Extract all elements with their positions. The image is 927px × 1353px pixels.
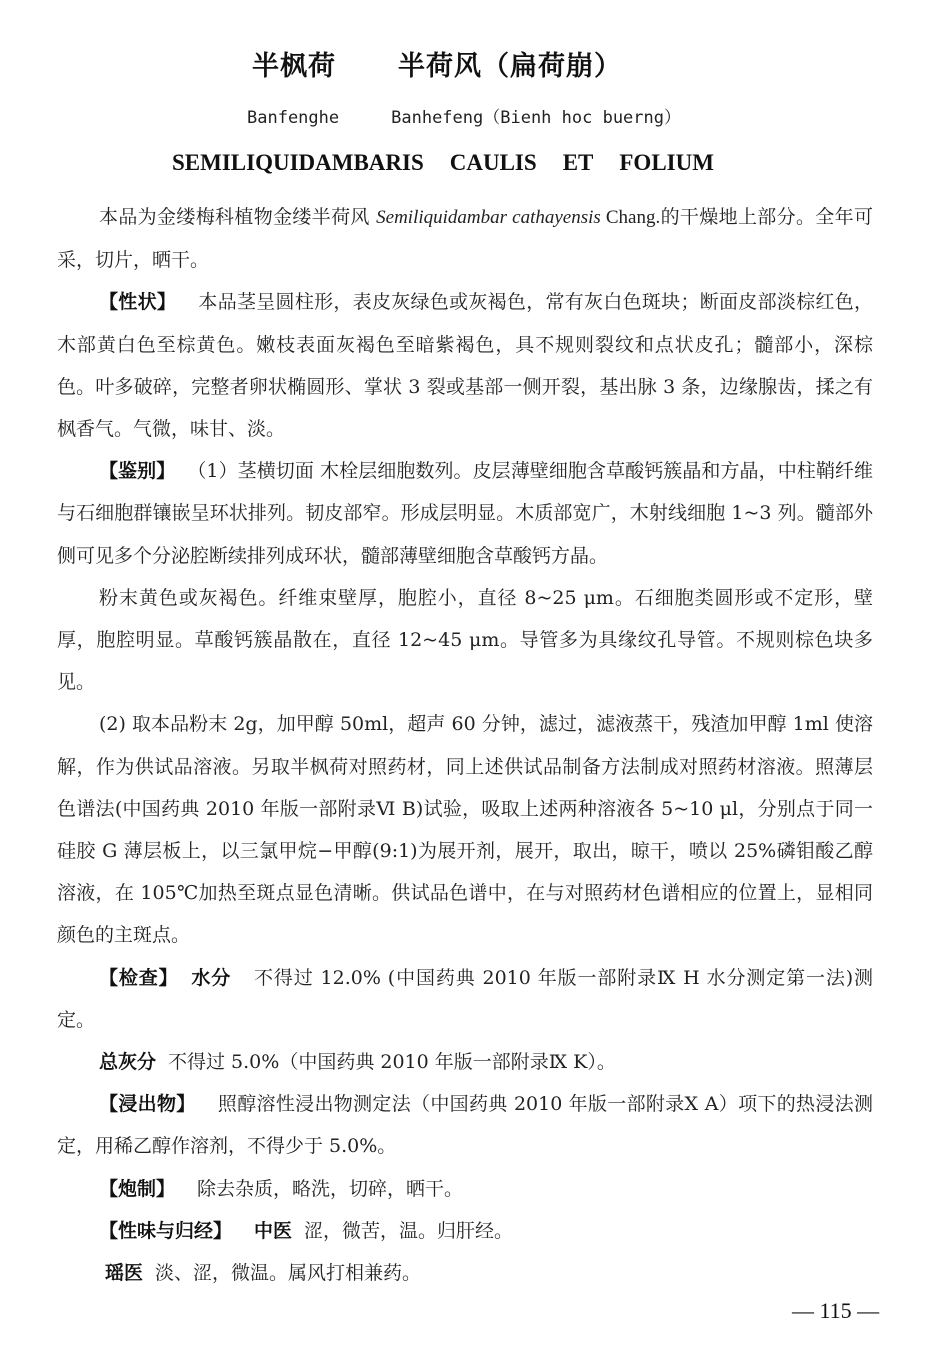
identification-tlc-paragraph: (2) 取本品粉末 2g，加甲醇 50ml，超声 60 分钟，滤过，滤液蒸干，残… bbox=[57, 703, 873, 956]
section-heading-inspection: 【检查】 bbox=[99, 967, 179, 989]
monograph-body: 本品为金缕梅科植物金缕半荷风 Semiliquidambar cathayens… bbox=[57, 196, 873, 1294]
ash-text: 不得过 5.0%（中国药典 2010 年版一部附录Ⅸ K）。 bbox=[168, 1051, 616, 1073]
properties-section: 【性味与归经】中医涩，微苦，温。归肝经。 bbox=[57, 1210, 873, 1252]
yao-label: 瑶医 bbox=[105, 1262, 143, 1284]
monograph-title-latin: SEMILIQUIDAMBARISCAULISETFOLIUM bbox=[172, 150, 714, 176]
tcm-text: 涩，微苦，温。归肝经。 bbox=[304, 1220, 513, 1242]
inspection-section: 【检查】水分不得过 12.0% (中国药典 2010 年版一部附录Ⅸ H 水分测… bbox=[57, 957, 873, 1041]
description-text: 本品茎呈圆柱形，表皮灰绿色或灰褐色，常有灰白色斑块；断面皮部淡棕红色，木部黄白色… bbox=[57, 291, 873, 440]
identification-section: 【鉴别】（1）茎横切面 木栓层细胞数列。皮层薄壁细胞含草酸钙簇晶和方晶，中柱鞘纤… bbox=[57, 450, 873, 577]
yao-medicine-paragraph: 瑶医淡、涩，微温。属风打相兼药。 bbox=[57, 1252, 873, 1294]
section-heading-identification: 【鉴别】 bbox=[99, 460, 175, 482]
yao-text: 淡、涩，微温。属风打相兼药。 bbox=[155, 1262, 421, 1284]
title-alt: 半荷风（扁荷崩） bbox=[398, 51, 622, 82]
processing-section: 【炮制】除去杂质，略洗，切碎，晒干。 bbox=[57, 1168, 873, 1210]
identification-powder-text: 粉末黄色或灰褐色。纤维束壁厚，胞腔小，直径 8~25 μm。石细胞类圆形或不定形… bbox=[57, 587, 873, 693]
pinyin-main: Banfenghe bbox=[247, 108, 339, 128]
latin-word: SEMILIQUIDAMBARIS bbox=[172, 150, 424, 175]
latin-word: ET bbox=[563, 150, 594, 175]
extract-section: 【浸出物】照醇溶性浸出物测定法（中国药典 2010 年版一部附录Ⅹ A）项下的热… bbox=[57, 1083, 873, 1167]
section-heading-description: 【性状】 bbox=[99, 291, 176, 313]
pinyin-alt: Banhefeng（Bienh hoc buerng） bbox=[391, 108, 681, 128]
moisture-label: 水分 bbox=[191, 967, 232, 989]
intro-text: 本品为金缕梅科植物金缕半荷风 bbox=[99, 206, 376, 228]
latin-word: FOLIUM bbox=[619, 150, 714, 175]
identification-powder-paragraph: 粉末黄色或灰褐色。纤维束壁厚，胞腔小，直径 8~25 μm。石细胞类圆形或不定形… bbox=[57, 577, 873, 704]
monograph-title-pinyin: BanfengheBanhefeng（Bienh hoc buerng） bbox=[247, 103, 681, 128]
section-heading-processing: 【炮制】 bbox=[99, 1178, 175, 1200]
intro-paragraph: 本品为金缕梅科植物金缕半荷风 Semiliquidambar cathayens… bbox=[57, 196, 873, 281]
section-heading-properties: 【性味与归经】 bbox=[99, 1220, 232, 1242]
ash-label: 总灰分 bbox=[99, 1051, 156, 1073]
title-main: 半枫荷 bbox=[252, 51, 336, 82]
species-latin-name: Semiliquidambar cathayensis bbox=[376, 207, 601, 228]
latin-word: CAULIS bbox=[450, 150, 537, 175]
description-section: 【性状】本品茎呈圆柱形，表皮灰绿色或灰褐色，常有灰白色斑块；断面皮部淡棕红色，木… bbox=[57, 281, 873, 450]
identification-part1-text: （1）茎横切面 木栓层细胞数列。皮层薄壁细胞含草酸钙簇晶和方晶，中柱鞘纤维与石细… bbox=[57, 460, 873, 566]
species-author: Chang. bbox=[601, 207, 660, 228]
monograph-title-chinese: 半枫荷半荷风（扁荷崩） bbox=[252, 44, 622, 83]
processing-text: 除去杂质，略洗，切碎，晒干。 bbox=[197, 1178, 463, 1200]
section-heading-extract: 【浸出物】 bbox=[99, 1093, 196, 1115]
identification-part2-text: (2) 取本品粉末 2g，加甲醇 50ml，超声 60 分钟，滤过，滤液蒸干，残… bbox=[57, 713, 873, 946]
ash-paragraph: 总灰分不得过 5.0%（中国药典 2010 年版一部附录Ⅸ K）。 bbox=[57, 1041, 873, 1083]
page-number: — 115 — bbox=[792, 1298, 879, 1324]
tcm-label: 中医 bbox=[254, 1220, 292, 1242]
moisture-text: 不得过 12.0% (中国药典 2010 年版一部附录Ⅸ H 水分测定第一法)测… bbox=[57, 967, 873, 1031]
